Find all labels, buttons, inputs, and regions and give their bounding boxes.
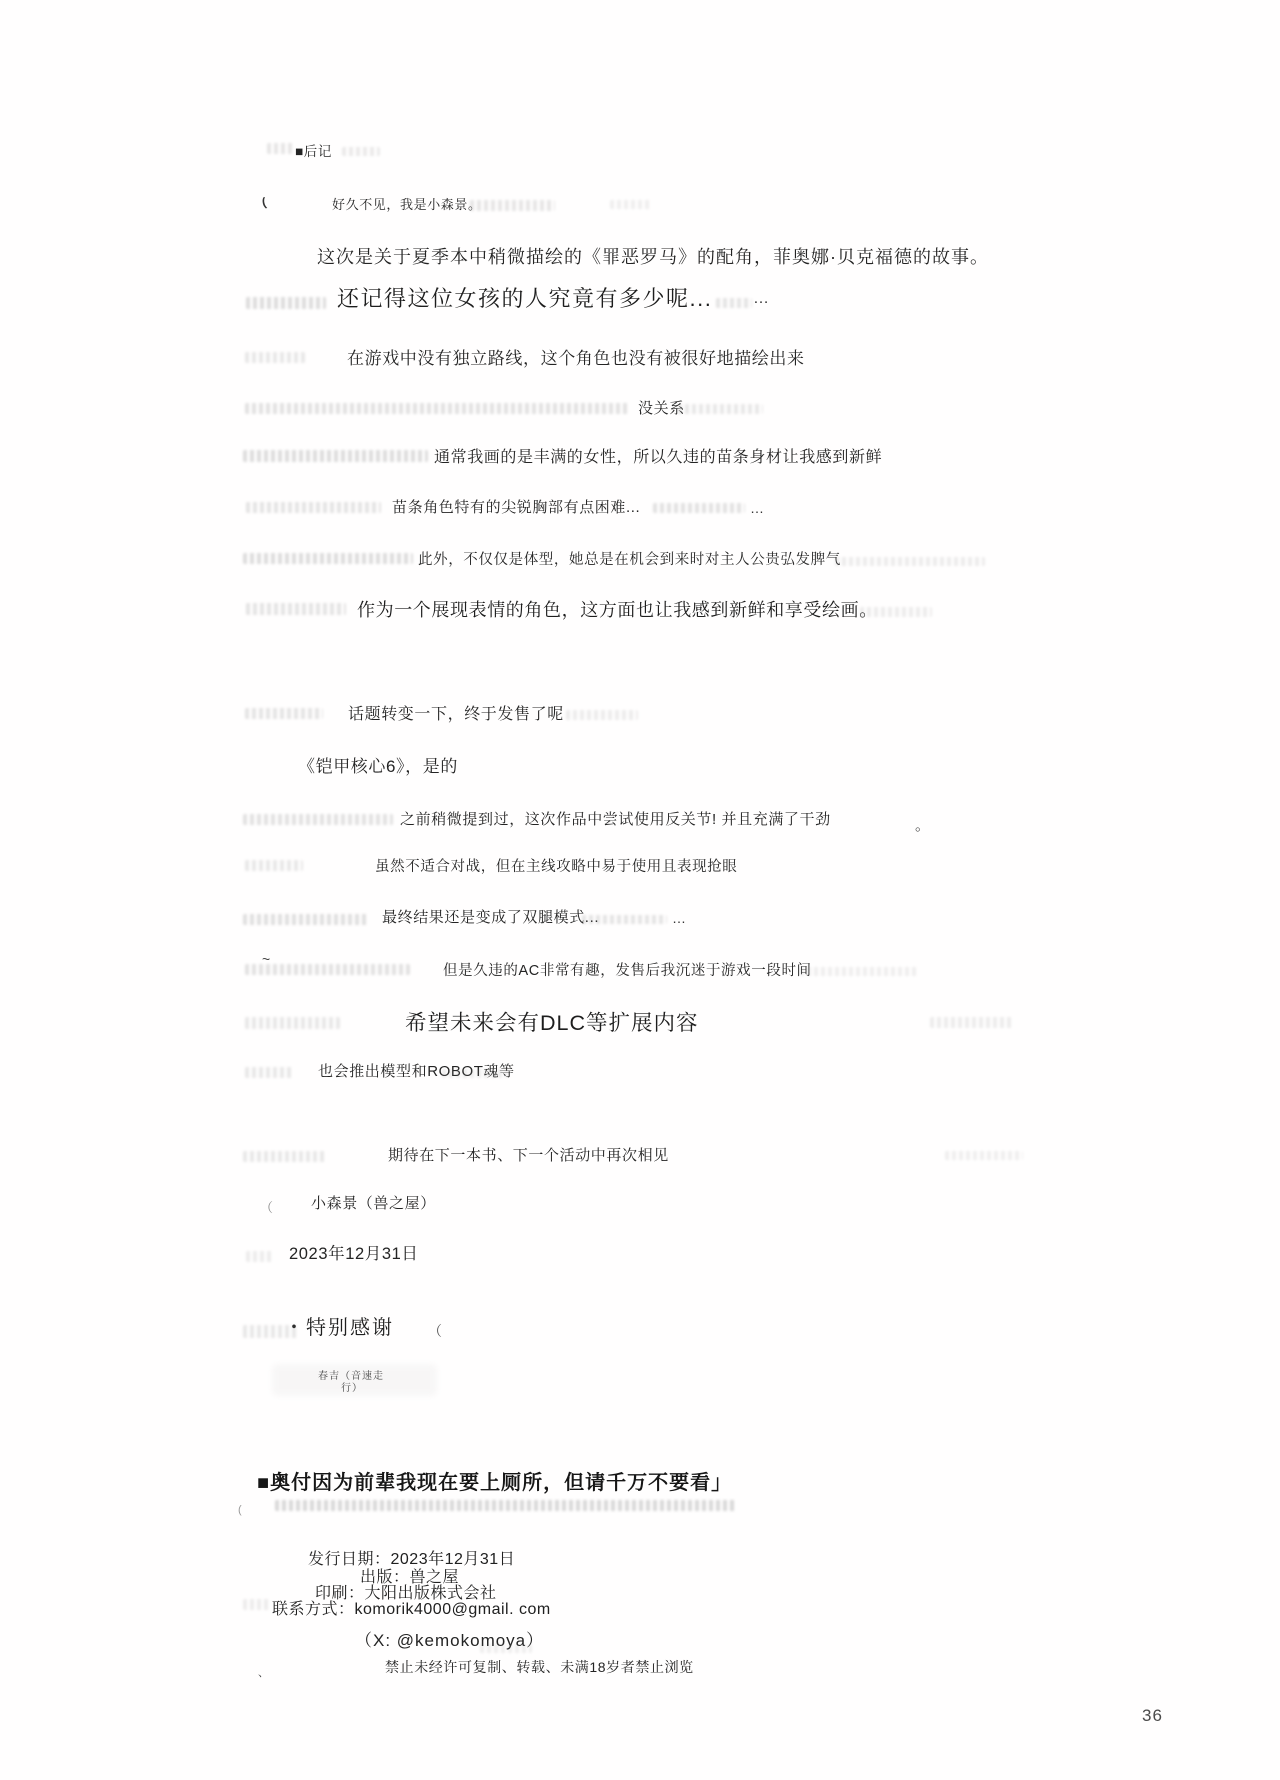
afterword-line: 通常我画的是丰满的女性，所以久违的苗条身材让我感到新鲜 [434,448,882,468]
afterword-line: 此外，不仅仅是体型，她总是在机会到来时对主人公贵弘发脾气 [418,551,841,569]
stray-ellipsis: … [750,500,764,516]
afterword-line: 之前稍微提到过，这次作品中尝试使用反关节! 并且充满了干劲 [400,811,831,830]
bleed-artifact [245,964,410,975]
bleed-artifact [860,607,932,617]
bleed-artifact [716,298,752,308]
bleed-artifact [243,450,428,462]
bleed-artifact [245,403,630,414]
afterword-line: 希望未来会有DLC等扩展内容 [405,1010,699,1037]
stray-comma: 、 [258,1664,269,1680]
stray-ellipsis: … [672,910,686,926]
afterword-line: 作为一个展现表情的角色，这方面也让我感到新鲜和享受绘画。 [357,599,878,622]
bleed-artifact [800,967,918,976]
afterword-line: 好久不见，我是小森景。 [332,197,482,213]
afterword-line: 这次是关于夏季本中稍微描绘的《罪恶罗马》的配角，菲奥娜·贝克福德的故事。 [317,246,989,269]
stray-paren: （ [260,1197,273,1216]
bleed-artifact [246,297,326,309]
bleed-artifact [275,1500,737,1511]
bleed-artifact [835,557,985,566]
bleed-artifact [245,352,305,363]
bleed-artifact [653,503,745,513]
afterword-line: 话题转变一下，终于发售了呢 [348,705,564,725]
bleed-artifact [945,1151,1023,1160]
bleed-artifact [442,1069,508,1078]
bleed-artifact [470,200,555,211]
special-thanks-label: ・特别感谢 [284,1316,394,1341]
bleed-artifact [243,553,413,564]
bleed-artifact [342,147,380,156]
afterword-line: 但是久违的AC非常有趣，发售后我沉迷于游戏一段时间 [443,962,812,980]
stray-paren: （ [428,1321,442,1341]
bleed-artifact [245,860,303,871]
bleed-artifact [243,1599,269,1610]
bleed-artifact [243,914,368,925]
bleed-artifact [245,1067,293,1078]
bleed-artifact [245,708,323,719]
stray-paren: ( [261,195,268,210]
afterword-line: 还记得这位女孩的人究竟有多少呢... [337,285,712,313]
bleed-artifact [245,1017,340,1029]
bleed-artifact [930,1017,1012,1028]
bleed-artifact [246,1251,274,1262]
afterword-line: 苗条角色特有的尖锐胸部有点困难... [392,499,640,518]
stray-ellipsis: … [753,290,769,308]
stray-paren: ( [238,1504,242,1516]
bleed-artifact [243,814,393,825]
colophon-heading: ■奥付因为前辈我现在要上厕所，但请千万不要看」 [257,1471,732,1496]
age-restriction-notice: 禁止未经许可复制、转载、未满18岁者禁止浏览 [385,1659,694,1677]
afterword-line: 《铠甲核心6》，是的 [298,756,458,777]
afterword-line: 虽然不适合对战，但在主线攻略中易于使用且表现抢眼 [375,858,737,876]
bleed-artifact [610,200,650,209]
bleed-artifact [272,1364,437,1396]
date-line: 2023年12月31日 [289,1244,419,1265]
bleed-artifact [678,404,763,414]
bleed-artifact [267,143,293,154]
stray-period: 。 [915,814,930,835]
bleed-artifact [246,502,381,513]
colophon-contact-email: 联系方式：komorik4000@gmail. com [272,1596,551,1619]
bleed-artifact [582,915,667,924]
bleed-artifact [246,603,346,615]
scanned-afterword-page: ■后记 好久不见，我是小森景。 这次是关于夏季本中稍微描绘的《罪恶罗马》的配角，… [0,0,1280,1780]
bleed-artifact [243,1325,298,1338]
page-number: 36 [1142,1706,1163,1726]
author-signature: 小森景（兽之屋） [311,1195,436,1214]
afterword-line: 期待在下一本书、下一个活动中再次相见 [388,1147,669,1166]
bleed-artifact [566,710,638,720]
afterword-line: 在游戏中没有独立路线，这个角色也没有被很好地描绘出来 [347,348,805,369]
afterword-line: 最终结果还是变成了双腿模式... [382,909,599,928]
section-heading-afterword: ■后记 [295,144,332,161]
bleed-artifact [243,1151,325,1162]
bleed-artifact [480,1644,532,1653]
